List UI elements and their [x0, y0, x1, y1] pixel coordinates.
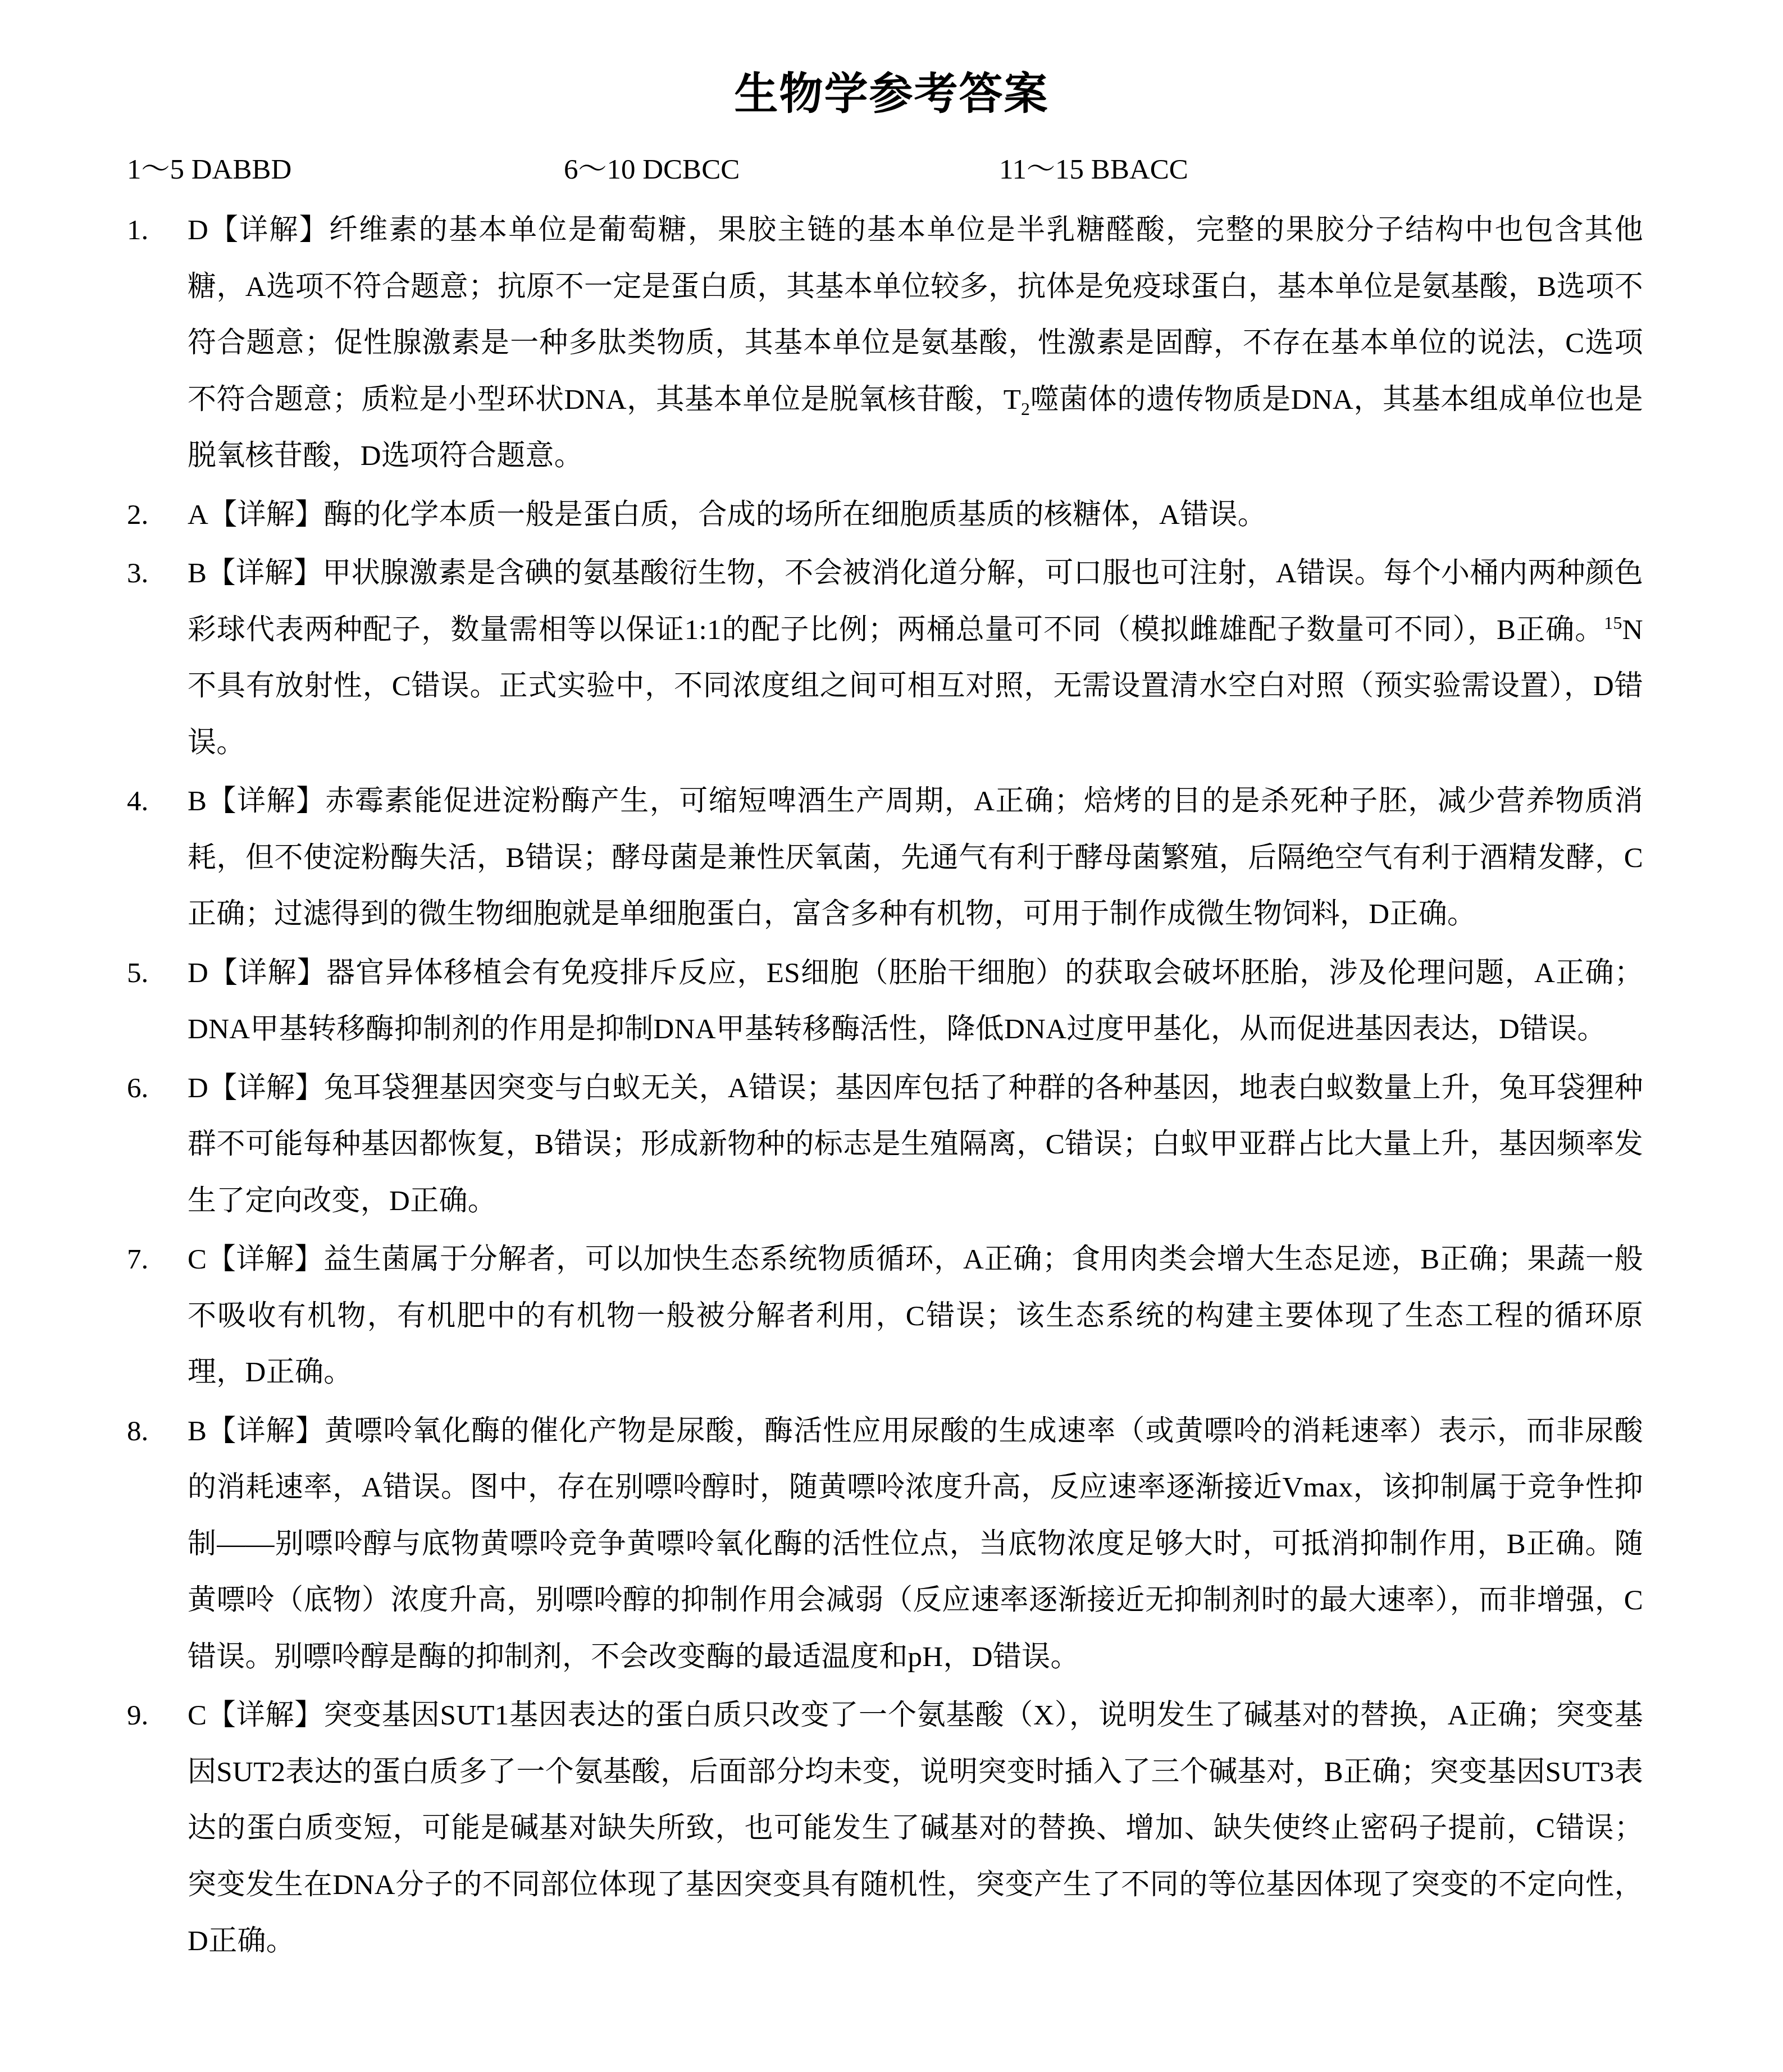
- detail-tag: 【详解】: [207, 1700, 323, 1731]
- explanation-item-5: 5. D【详解】器官异体移植会有免疫排斥反应，ES细胞（胚胎干细胞）的获取会破坏…: [127, 945, 1643, 1058]
- item-text: 益生菌属于分解者，可以加快生态系统物质循环，A正确；食用肉类会增大生态足迹，B正…: [188, 1244, 1643, 1388]
- explanation-item-3: 3. B【详解】甲状腺激素是含碘的氨基酸衍生物，不会被消化道分解，可口服也可注射…: [127, 545, 1643, 771]
- answer-key-range: 11～15: [999, 154, 1084, 185]
- detail-tag: 【详解】: [208, 214, 329, 246]
- item-number: 6.: [127, 1060, 148, 1117]
- item-number: 3.: [127, 545, 148, 602]
- item-body: B【详解】甲状腺激素是含碘的氨基酸衍生物，不会被消化道分解，可口服也可注射，A错…: [188, 545, 1643, 771]
- item-text: 酶的化学本质一般是蛋白质，合成的场所在细胞质基质的核糖体，A错误。: [323, 499, 1266, 531]
- item-answer: A: [188, 499, 208, 531]
- answer-key-answers: DABBD: [191, 154, 292, 185]
- detail-tag: 【详解】: [207, 1416, 325, 1447]
- explanation-list: 1. D【详解】纤维素的基本单位是葡萄糖，果胶主链的基本单位是半乳糖醛酸，完整的…: [127, 202, 1643, 1972]
- item-answer: D: [188, 957, 208, 989]
- answer-key-group-1-5: 1～5 DABBD: [127, 147, 291, 192]
- item-number: 5.: [127, 945, 148, 1002]
- item-text: 兔耳袋狸基因突变与白蚁无关，A错误；基因库包括了种群的各种基因，地表白蚁数量上升…: [188, 1072, 1643, 1217]
- explanation-item-9: 9. C【详解】突变基因SUT1基因表达的蛋白质只改变了一个氨基酸（X），说明发…: [127, 1687, 1643, 1970]
- answer-key-range: 1～5: [127, 154, 184, 185]
- explanation-item-4: 4. B【详解】赤霉素能促进淀粉酶产生，可缩短啤酒生产周期，A正确；焙烤的目的是…: [127, 773, 1643, 943]
- detail-tag: 【详解】: [208, 499, 323, 531]
- item-answer: D: [188, 214, 208, 246]
- item-answer: C: [188, 1700, 207, 1731]
- item-text: 突变基因SUT1基因表达的蛋白质只改变了一个氨基酸（X），说明发生了碱基对的替换…: [188, 1700, 1643, 1957]
- item-body: A【详解】酶的化学本质一般是蛋白质，合成的场所在细胞质基质的核糖体，A错误。: [188, 487, 1643, 544]
- answer-key-answers: BBACC: [1091, 154, 1188, 185]
- item-body: D【详解】纤维素的基本单位是葡萄糖，果胶主链的基本单位是半乳糖醛酸，完整的果胶分…: [188, 202, 1643, 485]
- item-number: 2.: [127, 487, 148, 544]
- page-title: 生物学参考答案: [0, 66, 1783, 122]
- item-number: 4.: [127, 773, 148, 830]
- explanation-item-1: 1. D【详解】纤维素的基本单位是葡萄糖，果胶主链的基本单位是半乳糖醛酸，完整的…: [127, 202, 1643, 485]
- item-number: 8.: [127, 1403, 148, 1460]
- explanation-item-2: 2. A【详解】酶的化学本质一般是蛋白质，合成的场所在细胞质基质的核糖体，A错误…: [127, 487, 1643, 544]
- explanation-item-8: 8. B【详解】黄嘌呤氧化酶的催化产物是尿酸，酶活性应用尿酸的生成速率（或黄嘌呤…: [127, 1403, 1643, 1686]
- item-answer: B: [188, 558, 207, 589]
- item-number: 1.: [127, 202, 148, 259]
- item-number: 9.: [127, 1687, 148, 1744]
- item-body: D【详解】兔耳袋狸基因突变与白蚁无关，A错误；基因库包括了种群的各种基因，地表白…: [188, 1060, 1643, 1230]
- subscript: 2: [1021, 399, 1030, 419]
- answer-key-group-11-15: 11～15 BBACC: [999, 147, 1188, 192]
- item-text: 黄嘌呤氧化酶的催化产物是尿酸，酶活性应用尿酸的生成速率（或黄嘌呤的消耗速率）表示…: [188, 1416, 1643, 1673]
- item-text: 赤霉素能促进淀粉酶产生，可缩短啤酒生产周期，A正确；焙烤的目的是杀死种子胚，减少…: [188, 786, 1643, 930]
- item-body: B【详解】黄嘌呤氧化酶的催化产物是尿酸，酶活性应用尿酸的生成速率（或黄嘌呤的消耗…: [188, 1403, 1643, 1686]
- detail-tag: 【详解】: [208, 957, 326, 989]
- item-answer: D: [188, 1072, 208, 1104]
- item-answer: B: [188, 1416, 207, 1447]
- answer-key-row: 1～5 DABBD 6～10 DCBCC 11～15 BBACC: [127, 147, 1643, 192]
- item-text: 器官异体移植会有免疫排斥反应，ES细胞（胚胎干细胞）的获取会破坏胚胎，涉及伦理问…: [188, 957, 1643, 1046]
- item-text: 甲状腺激素是含碘的氨基酸衍生物，不会被消化道分解，可口服也可注射，A错误。每个小…: [188, 558, 1643, 646]
- detail-tag: 【详解】: [207, 786, 325, 817]
- item-body: C【详解】突变基因SUT1基因表达的蛋白质只改变了一个氨基酸（X），说明发生了碱…: [188, 1687, 1643, 1970]
- item-body: C【详解】益生菌属于分解者，可以加快生态系统物质循环，A正确；食用肉类会增大生态…: [188, 1231, 1643, 1401]
- detail-tag: 【详解】: [207, 558, 322, 589]
- answer-key-group-6-10: 6～10 DCBCC: [564, 147, 740, 192]
- item-number: 7.: [127, 1231, 148, 1288]
- explanation-item-6: 6. D【详解】兔耳袋狸基因突变与白蚁无关，A错误；基因库包括了种群的各种基因，…: [127, 1060, 1643, 1230]
- answer-key-range: 6～10: [564, 154, 636, 185]
- detail-tag: 【详解】: [208, 1072, 324, 1104]
- item-answer: B: [188, 786, 207, 817]
- explanation-item-7: 7. C【详解】益生菌属于分解者，可以加快生态系统物质循环，A正确；食用肉类会增…: [127, 1231, 1643, 1401]
- item-body: D【详解】器官异体移植会有免疫排斥反应，ES细胞（胚胎干细胞）的获取会破坏胚胎，…: [188, 945, 1643, 1058]
- detail-tag: 【详解】: [207, 1244, 323, 1275]
- superscript: 15: [1604, 613, 1622, 633]
- item-answer: C: [188, 1244, 207, 1275]
- answer-key-answers: DCBCC: [642, 154, 740, 185]
- item-body: B【详解】赤霉素能促进淀粉酶产生，可缩短啤酒生产周期，A正确；焙烤的目的是杀死种…: [188, 773, 1643, 943]
